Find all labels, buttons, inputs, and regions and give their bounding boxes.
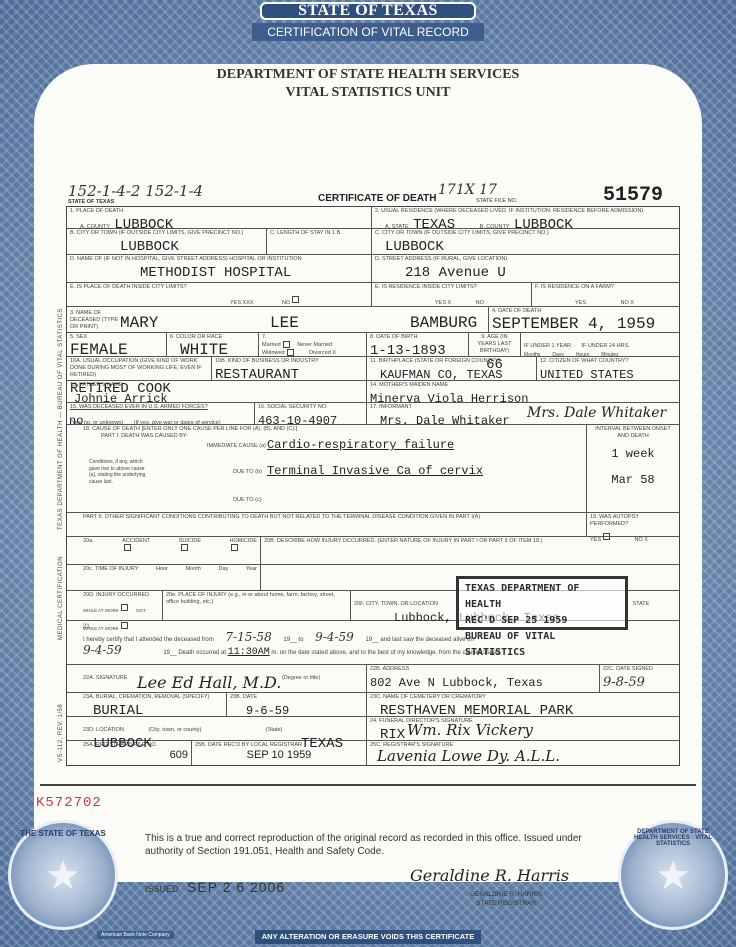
registrar-name: GERALDINE R. HARRIS: [470, 890, 542, 899]
handwritten-codes: 152-1-4-2 152-1-4: [68, 182, 203, 200]
res-inside-label: e. IS RESIDENCE INSIDE CITY LIMITS?: [375, 284, 528, 291]
certification-banner: CERTIFICATION OF VITAL RECORD: [252, 23, 484, 41]
certificate-title: CERTIFICATE OF DEATH: [318, 193, 437, 204]
autopsy-label: 19. WAS AUTOPSY PERFORMED?: [590, 514, 676, 528]
month-col: Month: [186, 566, 201, 589]
res-inside-yes: YES X: [435, 300, 451, 306]
injury-city-label: 20f. CITY, TOWN, OR LOCATION: [354, 601, 438, 607]
birthplace-label: 11. BIRTHPLACE (State or foreign country…: [370, 358, 533, 365]
marital-widowed: Widowed: [262, 350, 285, 356]
seal-left-text: THE STATE OF TEXAS: [11, 829, 115, 838]
due-b-interval: Mar 58: [590, 472, 676, 488]
death-date: SEPTEMBER 4, 1959: [492, 315, 655, 333]
death-city: LUBBOCK: [120, 239, 179, 255]
last-saw-label: 19__ and last saw the deceased alive on: [365, 637, 473, 643]
state-banner: STATE OF TEXAS: [260, 2, 476, 20]
registrar-signature: Lavenia Lowe Dy. A.L.L.: [377, 747, 560, 765]
burial-state-label: (State): [266, 727, 283, 733]
printer-mark: American Bank Note Company: [97, 931, 174, 939]
immediate-label: IMMEDIATE CAUSE (a): [207, 443, 266, 449]
death-time: 11:30AM: [228, 647, 270, 658]
unit-name: VITAL STATISTICS UNIT: [0, 84, 736, 102]
registrar-title: STATE REGISTRAR: [470, 899, 542, 908]
injury-type-label: 20a.: [83, 538, 94, 563]
address-label: 22b. ADDRESS: [370, 666, 596, 673]
suicide-option: SUICIDE: [179, 538, 201, 563]
seal-right-text: DEPARTMENT OF STATE HEALTH SERVICES · VI…: [621, 829, 725, 847]
year-col: Year: [246, 566, 257, 589]
reg-date-label: 25b. DATE REC'D BY LOCAL REGISTRAR: [195, 742, 363, 749]
serial-number: K572702: [36, 795, 102, 811]
day-col: Day: [218, 566, 228, 589]
farm-yes: YES: [575, 300, 586, 306]
checkbox-icon: [287, 349, 294, 356]
side-label-form-rev: VS-112, REV. 1/58: [58, 704, 64, 762]
to-label: 19__ to: [283, 637, 303, 643]
physician-address: 802 Ave N Lubbock, Texas: [370, 676, 543, 690]
armed-label: 15. WAS DECEASED EVER IN U.S. ARMED FORC…: [70, 404, 251, 411]
due-c-label: DUE TO (c): [233, 497, 262, 503]
alteration-warning: ANY ALTERATION OR ERASURE VOIDS THIS CER…: [255, 930, 481, 944]
name-label: 3. NAME OF DECEASED (Type or print): [70, 310, 120, 331]
reg-file-label: 25a. REGISTRAR'S FILE NO.: [83, 742, 188, 749]
side-label-bureau: TEXAS DEPARTMENT OF HEALTH — BUREAU OF V…: [58, 308, 64, 530]
under-year-label: IF UNDER 1 YEAR: [524, 343, 571, 349]
death-certificate-form: 1. PLACE OF DEATH a. COUNTY LUBBOCK 2. U…: [66, 206, 680, 766]
last-name: BAMBURG: [410, 315, 477, 331]
birthplace-value: KAUFMAN CO, TEXAS: [380, 368, 502, 382]
received-stamp: TEXAS DEPARTMENT OF HEALTH REC'D SEP 25 …: [456, 576, 628, 630]
due-b-label: DUE TO (b): [233, 469, 262, 475]
part2-label: PART II. OTHER SIGNIFICANT CONDITIONS CO…: [83, 514, 583, 521]
date-signed-label: 22c. DATE SIGNED: [603, 666, 676, 673]
age-label: 9. AGE (In years last birthday): [472, 334, 517, 355]
death-date-label: 4. DATE OF DEATH: [492, 308, 676, 315]
vital-stats-seal-right: DEPARTMENT OF STATE HEALTH SERVICES · VI…: [618, 820, 728, 930]
checkbox-icon: [181, 544, 188, 551]
funeral-signature: Wm. Rix Vickery: [407, 721, 533, 739]
cemetery-label: 23c. NAME OF CEMETERY OR CREMATORY: [370, 694, 676, 701]
reg-file-no: 609: [83, 749, 188, 761]
father-label: 13. FATHER'S NAME: [70, 382, 363, 389]
farm-label: f. IS RESIDENCE ON A FARM?: [535, 284, 676, 291]
side-label-medical: MEDICAL CERTIFICATION: [58, 556, 64, 640]
death-city-label: b. CITY OR TOWN (If outside city limits,…: [70, 230, 263, 237]
mother-label: 14. MOTHER'S MAIDEN NAME: [370, 382, 676, 389]
injury-state-label: STATE: [632, 601, 649, 607]
burial-date: 9-6-59: [246, 704, 289, 718]
degree-label: (Degree or title): [282, 675, 320, 681]
place-of-death-label: 1. PLACE OF DEATH: [70, 208, 368, 215]
certification-statement: This is a true and correct reproduction …: [145, 832, 585, 858]
department-header: DEPARTMENT OF STATE HEALTH SERVICES VITA…: [0, 66, 736, 102]
state-registrar-signature: Geraldine R. Harris: [410, 866, 569, 885]
conditions-note: Conditions, if any, which gave rise to a…: [89, 459, 153, 485]
department-name: DEPARTMENT OF STATE HEALTH SERVICES: [0, 66, 736, 84]
place-injury-label: 20e. PLACE OF INJURY (e.g., in or about …: [166, 592, 347, 606]
burial-location-sub: (City, town, or county): [148, 727, 201, 733]
under-day-label: IF UNDER 24 HRS.: [581, 343, 629, 349]
checkbox-icon: [283, 341, 290, 348]
checkbox-icon: [124, 544, 131, 551]
state-label: STATE OF TEXAS: [68, 199, 114, 205]
divider: [40, 784, 696, 786]
death-inside-limits-label: e. IS PLACE OF DEATH INSIDE CITY LIMITS?: [70, 284, 368, 291]
state-file-label: STATE FILE NO.: [476, 198, 517, 204]
first-name: MARY: [120, 315, 270, 331]
hospital-label: d. NAME OF (If not in hospital, give str…: [70, 256, 368, 263]
last-saw-date: 9-4-59: [83, 643, 122, 657]
star-icon: ★: [621, 853, 725, 899]
signature-label: 22a. SIGNATURE: [83, 675, 128, 681]
marital-label: 7.: [262, 334, 363, 341]
occupation-label: 10a. USUAL OCCUPATION (Give kind of work…: [70, 358, 208, 379]
physician-signature: Lee Ed Hall, M.D.: [137, 673, 281, 692]
stamp-line2: REC'D SEP 25 1959: [465, 613, 619, 629]
accident-option: ACCIDENT: [122, 538, 150, 563]
residence-city-label: c. CITY OR TOWN (If outside city limits,…: [375, 230, 676, 237]
death-at-label: 19__ Death occurred at: [163, 650, 226, 656]
checkbox-icon: [292, 296, 299, 303]
race-label: 6. COLOR OR RACE: [170, 334, 255, 341]
while-at-work: WHILE AT WORK: [83, 608, 119, 613]
death-inside-no: NO: [282, 300, 290, 306]
attended-to: 9-4-59: [315, 630, 354, 644]
issued-label: ISSUED: [145, 884, 179, 894]
cert-label: 21.: [83, 624, 91, 630]
residence-label: 2. USUAL RESIDENCE (Where deceased lived…: [375, 208, 676, 215]
reg-date: SEP 10 1959: [195, 749, 363, 761]
issued-line: ISSUED SEP 2 6 2006: [145, 879, 285, 895]
middle-name: LEE: [270, 315, 410, 331]
checkbox-icon: [121, 604, 128, 611]
business-label: 10b. KIND OF BUSINESS OR INDUSTRY: [215, 358, 363, 365]
handwritten-file: 171X 17: [438, 182, 497, 198]
issued-date: SEP 2 6 2006: [187, 879, 285, 895]
residence-street: 218 Avenue U: [405, 265, 506, 281]
date-signed: 9-8-59: [603, 675, 645, 690]
death-inside-yes: YES XXX: [230, 300, 254, 306]
registrar-block: GERALDINE R. HARRIS STATE REGISTRAR: [470, 890, 542, 908]
citizen-label: 12. CITIZEN OF WHAT COUNTRY?: [540, 358, 676, 365]
time-injury-label: 20c. TIME OF INJURY: [83, 566, 138, 589]
state-file-number: 51579: [603, 184, 663, 207]
star-icon: ★: [11, 853, 115, 899]
birth-label: 8. DATE OF BIRTH: [370, 334, 465, 341]
stamp-line1: TEXAS DEPARTMENT OF HEALTH: [465, 581, 619, 613]
state-seal-left: THE STATE OF TEXAS ★: [8, 820, 118, 930]
marital-never: Never Married: [297, 342, 332, 348]
homicide-option: HOMICIDE: [229, 538, 257, 563]
marital-divorced: Divorced X: [309, 350, 336, 356]
street-label: d. STREET ADDRESS (If rural, give locati…: [375, 256, 676, 263]
attended-from: 7-15-58: [225, 630, 271, 644]
stamp-line3: BUREAU OF VITAL STATISTICS: [465, 629, 619, 661]
burial-location-label: 23d. LOCATION: [83, 727, 124, 733]
residence-city: LUBBOCK: [385, 239, 444, 255]
hospital-name: METHODIST HOSPITAL: [140, 265, 291, 281]
burial-date-label: 23b. DATE: [230, 694, 363, 701]
injury-occurred-label: 20d. INJURY OCCURRED: [83, 592, 159, 599]
immediate-cause: Cardio-respiratory failure: [267, 437, 454, 453]
citizen-value: UNITED STATES: [540, 368, 634, 382]
due-b-cause: Terminal Invasive Ca of cervix: [267, 463, 483, 479]
informant-signature: Mrs. Dale Whitaker: [527, 405, 666, 421]
interval-label: INTERVAL BETWEEN ONSET AND DEATH: [590, 426, 676, 440]
hour-col: Hour: [156, 566, 168, 589]
immediate-interval: 1 week: [590, 446, 676, 462]
res-inside-no: NO: [476, 300, 484, 306]
ssn-label: 16. SOCIAL SECURITY NO.: [258, 404, 363, 411]
sex-label: 5. SEX: [70, 334, 163, 341]
injury-describe-label: 20b. DESCRIBE HOW INJURY OCCURRED. (Ente…: [264, 538, 676, 545]
cause-label: 18. CAUSE OF DEATH [Enter only one cause…: [83, 426, 583, 433]
farm-no: NO X: [620, 300, 633, 306]
stay-label: c. LENGTH OF STAY in 1 b.: [270, 230, 368, 237]
checkbox-icon: [231, 544, 238, 551]
marital-married: Married: [262, 342, 281, 348]
burial-method-label: 23a. BURIAL, CREMATION, REMOVAL (Specify…: [83, 694, 223, 701]
